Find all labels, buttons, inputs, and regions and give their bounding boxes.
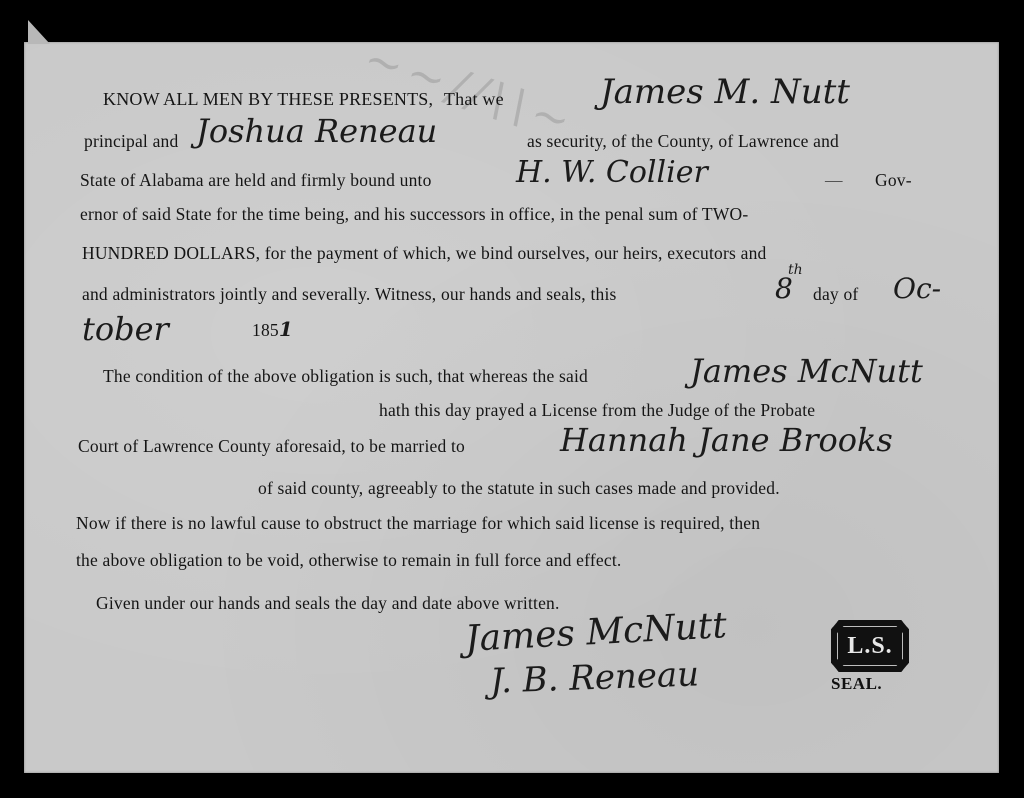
signature-security: J. B. Reneau	[489, 654, 699, 701]
seal-label: SEAL.	[831, 674, 882, 694]
year-line: 1851	[252, 317, 293, 341]
line-6-text: and administrators jointly and severally…	[82, 284, 617, 305]
blank-dash: —	[825, 170, 843, 191]
void-text: the above obligation to be void, otherwi…	[76, 550, 621, 571]
license-text: hath this day prayed a License from the …	[379, 400, 815, 421]
security-name: Joshua Reneau	[196, 112, 437, 150]
condition-text: The condition of the above obligation is…	[103, 366, 588, 387]
bride-name: Hannah Jane Brooks	[560, 421, 893, 459]
line-5-text: HUNDRED DOLLARS, for the payment of whic…	[82, 243, 767, 264]
day-suffix: th	[788, 262, 803, 278]
seal-text: L.S.	[847, 633, 892, 660]
month-part-2: tober	[82, 310, 169, 348]
heading-text: KNOW ALL MEN BY THESE PRESENTS,	[103, 89, 433, 109]
year-digit: 1	[279, 317, 293, 341]
court-text: Court of Lawrence County aforesaid, to b…	[78, 436, 465, 457]
line-4-text: ernor of said State for the time being, …	[80, 204, 748, 225]
that-we-text: That we	[444, 89, 504, 109]
statute-text: of said county, agreeably to the statute…	[258, 478, 780, 499]
groom-name: James McNutt	[690, 352, 923, 390]
year-prefix: 185	[252, 320, 279, 340]
given-text: Given under our hands and seals the day …	[96, 593, 560, 614]
lawful-cause-text: Now if there is no lawful cause to obstr…	[76, 513, 760, 534]
line-3-text: State of Alabama are held and firmly bou…	[80, 170, 432, 191]
principal-name: James M. Nutt	[600, 72, 850, 112]
heading-line: KNOW ALL MEN BY THESE PRESENTS, That we	[103, 89, 504, 110]
torn-corner	[28, 20, 50, 44]
line-2-text: as security, of the County, of Lawrence …	[527, 131, 839, 152]
month-part-1: Oc-	[893, 272, 941, 305]
governor-name: H. W. Collier	[516, 155, 708, 190]
line-3-end: Gov-	[875, 170, 912, 191]
legal-seal: L.S.	[831, 620, 909, 672]
day-of-text: day of	[813, 284, 858, 305]
line-2-label: principal and	[84, 131, 178, 152]
